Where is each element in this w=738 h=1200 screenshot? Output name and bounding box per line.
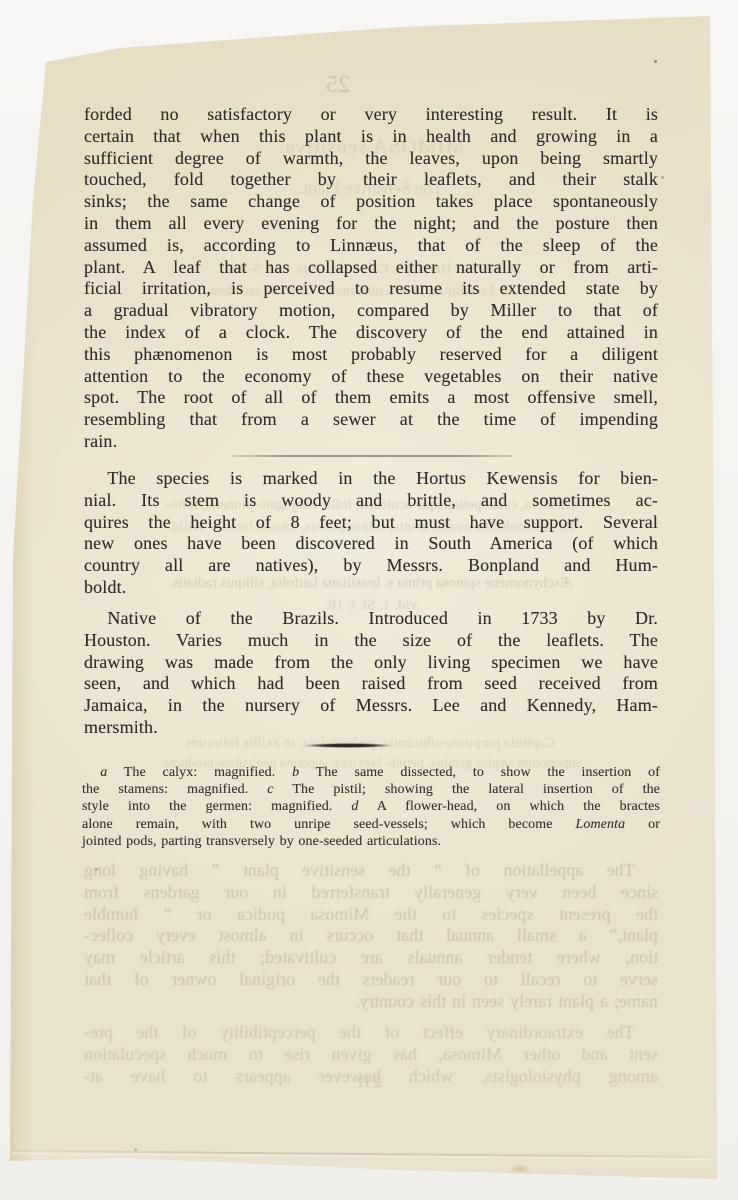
text-line: rain. xyxy=(84,431,658,453)
text-line: the index of a clock. The discovery of t… xyxy=(84,322,658,344)
paper-stain xyxy=(505,1163,535,1175)
paper-speck xyxy=(661,176,664,179)
text-line: quires the height of 8 feet; but must ha… xyxy=(84,512,658,534)
text-line: jointed pods, parting transversely by on… xyxy=(82,833,660,850)
text-line: serve to recall to our readers the origi… xyxy=(84,969,658,991)
text-line: ficial irritation, is perceived to resum… xyxy=(84,278,658,300)
text-line: new ones have been discovered in South A… xyxy=(84,533,658,555)
text-line: certain that when this plant is in healt… xyxy=(84,126,658,148)
text-line: The appellation of “ the sensitive plant… xyxy=(84,860,658,882)
body-paragraph-1: forded no satisfactory or very interesti… xyxy=(84,104,658,453)
text-line: drawing was made from the only living sp… xyxy=(84,652,658,674)
text-line: The species is marked in the Hortus Kewe… xyxy=(84,468,658,490)
text-line: the stamens: magnified. c The pistil; sh… xyxy=(82,781,660,798)
text-line: plant,” a small annual that occurs in al… xyxy=(84,925,658,947)
showthrough-signature-mark: 2 H xyxy=(330,1074,410,1092)
text-line: touched, fold together by their leaflets… xyxy=(84,169,658,191)
text-line: boldt. xyxy=(84,577,658,599)
text-line: Native of the Brazils. Introduced in 173… xyxy=(84,608,658,630)
text-line: in them all every evening for the night;… xyxy=(84,213,658,235)
paper-speck xyxy=(654,60,657,63)
text-line: The extraordinary effect of the percepti… xyxy=(84,1022,658,1044)
text-line: forded no satisfactory or very interesti… xyxy=(84,104,658,126)
text-line: tion, where tender annuals are cultivate… xyxy=(84,947,658,969)
text-line: attention to the economy of these vegeta… xyxy=(84,366,658,388)
text-line: a The calyx: magnified. b The same disse… xyxy=(82,764,660,781)
paper-crease xyxy=(12,1150,712,1158)
text-line: style into the germen: magnified. d A fl… xyxy=(82,798,660,815)
footnote-figure-legend: a The calyx: magnified. b The same disse… xyxy=(82,764,660,850)
body-paragraph-2: The species is marked in the Hortus Kewe… xyxy=(84,468,658,599)
body-paragraph-3: Native of the Brazils. Introduced in 173… xyxy=(84,608,658,739)
text-line: alone remain, with two unripe seed-vesse… xyxy=(82,816,660,833)
paper-speck xyxy=(134,1148,137,1151)
text-line: plant. A leaf that has collapsed either … xyxy=(84,257,658,279)
text-line: sufficient degree of warmth, the leaves,… xyxy=(84,148,658,170)
text-line: country all are natives), by Messrs. Bon… xyxy=(84,555,658,577)
text-line: name; a plant rarely seen in this countr… xyxy=(84,991,658,1013)
text-line: spot. The root of all of them emits a mo… xyxy=(84,387,658,409)
text-line: a gradual vibratory motion, compared by … xyxy=(84,300,658,322)
paper-speck xyxy=(95,868,98,871)
scan-background: 25 MIMOSA sensitiva. The Sensitive Plant… xyxy=(0,0,738,1200)
text-line: this phænomenon is most probably reserve… xyxy=(84,344,658,366)
text-line: Houston. Varies much in the size of the … xyxy=(84,630,658,652)
text-line: nial. Its stem is woody and brittle, and… xyxy=(84,490,658,512)
paper-sheet: 25 MIMOSA sensitiva. The Sensitive Plant… xyxy=(0,0,738,1200)
showthrough-paragraph-1: The appellation of “ the sensitive plant… xyxy=(84,860,658,1013)
text-line: since been very generally transferred in… xyxy=(84,882,658,904)
text-line: mersmith. xyxy=(84,717,658,739)
separator-rule-swelled xyxy=(303,743,393,748)
separator-rule-thin xyxy=(232,455,513,457)
text-line: assumed is, according to Linnæus, that o… xyxy=(84,235,658,257)
text-line: seen, and which had been raised from see… xyxy=(84,673,658,695)
text-line: Jamaica, in the nursery of Messrs. Lee a… xyxy=(84,695,658,717)
text-line: the present species to the Mimosa pudica… xyxy=(84,904,658,926)
text-line: sent and other Mimosa, has given rise to… xyxy=(84,1044,658,1066)
text-line: sinks; the same change of position takes… xyxy=(84,191,658,213)
page-number-showthrough: 25 xyxy=(316,72,360,99)
text-line: resembling that from a sewer at the time… xyxy=(84,409,658,431)
